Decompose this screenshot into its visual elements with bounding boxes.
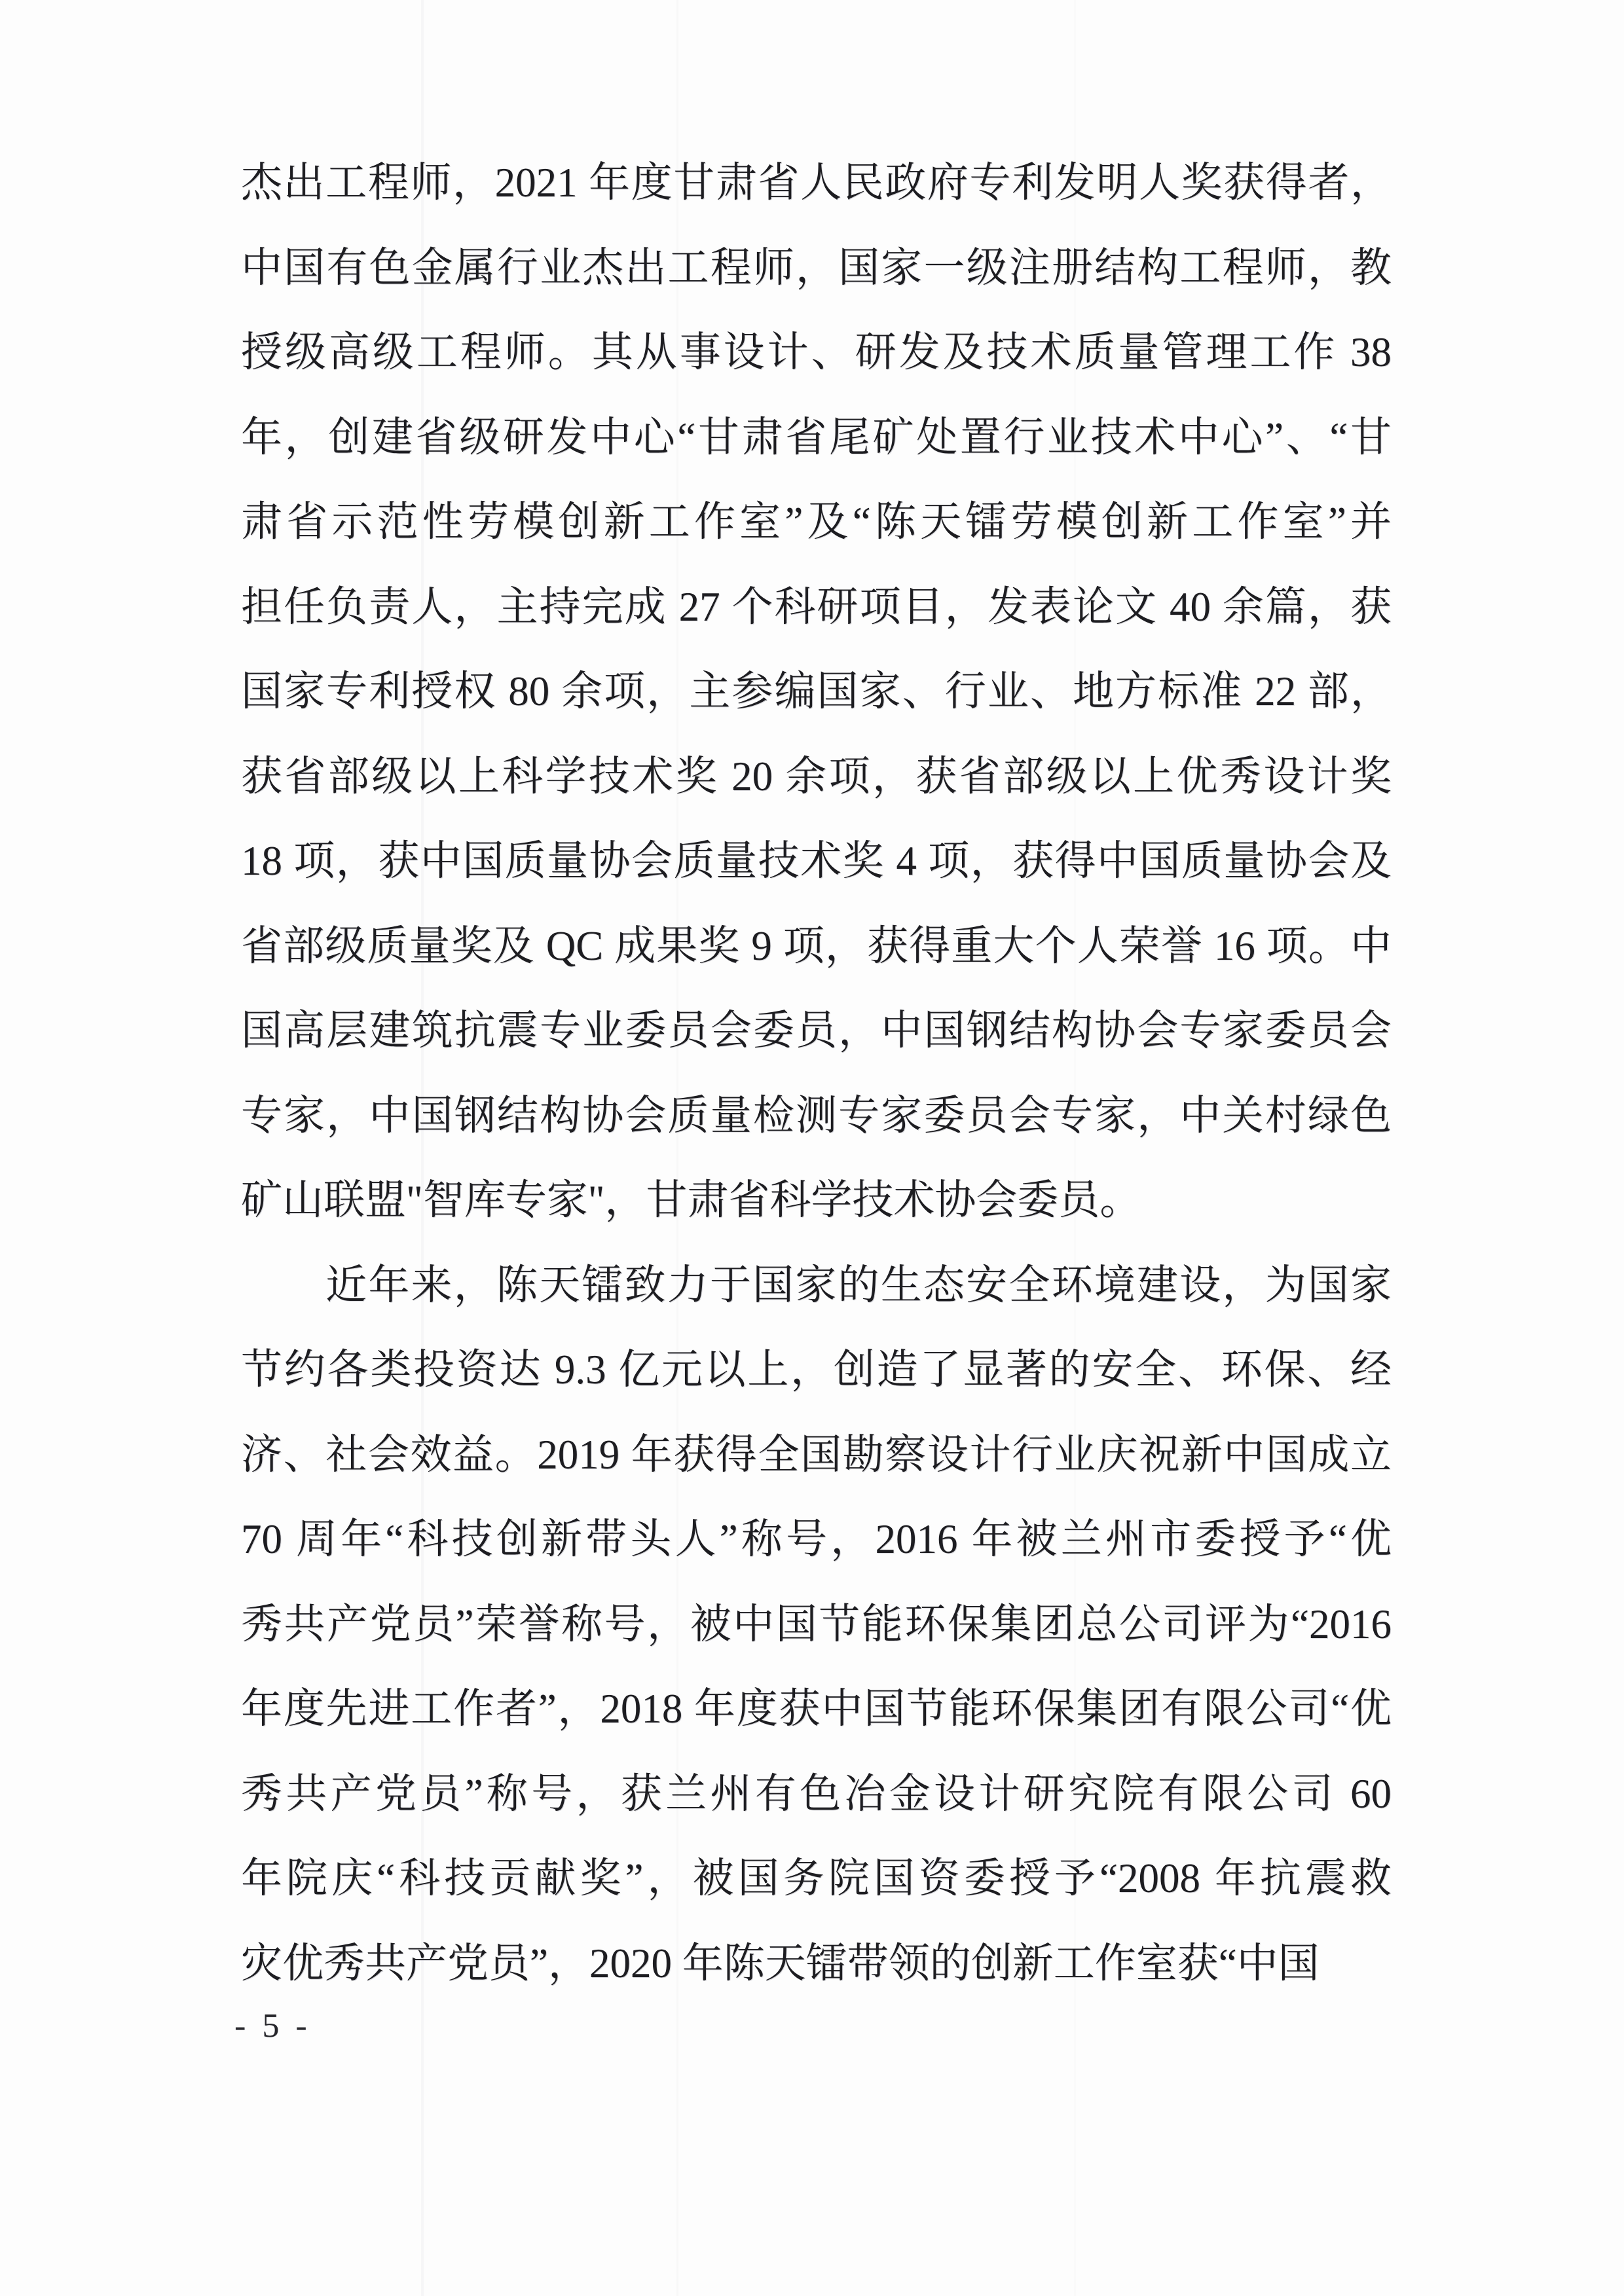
text-line-paragraph-end: 灾优秀共产党员”，2020 年陈天镭带领的创新工作室获“中国 [241, 1922, 1392, 2007]
text-line: 肃省示范性劳模创新工作室”及“陈天镭劳模创新工作室”并 [241, 480, 1392, 565]
text-line: 获省部级以上科学技术奖 20 余项，获省部级以上优秀设计奖 [241, 735, 1392, 820]
text-line-paragraph-start: 近年来，陈天镭致力于国家的生态安全环境建设，为国家 [241, 1243, 1392, 1328]
text-line: 中国有色金属行业杰出工程师，国家一级注册结构工程师，教 [241, 226, 1392, 311]
text-line: 18 项，获中国质量协会质量技术奖 4 项，获得中国质量协会及 [241, 819, 1392, 904]
scanned-document-page: 杰出工程师，2021 年度甘肃省人民政府专利发明人奖获得者， 中国有色金属行业杰… [0, 0, 1624, 2296]
text-line: 年度先进工作者”，2018 年度获中国节能环保集团有限公司“优 [241, 1667, 1392, 1752]
text-line: 杰出工程师，2021 年度甘肃省人民政府专利发明人奖获得者， [241, 141, 1392, 226]
text-line-paragraph-end: 矿山联盟"智库专家"，甘肃省科学技术协会委员。 [241, 1158, 1392, 1243]
text-line: 专家，中国钢结构协会质量检测专家委员会专家，中关村绿色 [241, 1074, 1392, 1159]
text-line: 70 周年“科技创新带头人”称号，2016 年被兰州市委授予“优 [241, 1497, 1392, 1582]
text-line: 济、社会效益。2019 年获得全国勘察设计行业庆祝新中国成立 [241, 1413, 1392, 1498]
text-line: 秀共产党员”荣誉称号，被中国节能环保集团总公司评为“2016 [241, 1582, 1392, 1667]
text-line: 国家专利授权 80 余项，主参编国家、行业、地方标准 22 部， [241, 649, 1392, 735]
text-line: 年院庆“科技贡献奖”，被国务院国资委授予“2008 年抗震救 [241, 1836, 1392, 1922]
page-number: - 5 - [234, 2003, 311, 2049]
text-line: 秀共产党员”称号，获兰州有色冶金设计研究院有限公司 60 [241, 1752, 1392, 1837]
text-line: 节约各类投资达 9.3 亿元以上，创造了显著的安全、环保、经 [241, 1328, 1392, 1413]
text-line: 授级高级工程师。其从事设计、研发及技术质量管理工作 38 [241, 310, 1392, 395]
text-line: 年，创建省级研发中心“甘肃省尾矿处置行业技术中心”、“甘 [241, 395, 1392, 481]
text-line: 担任负责人，主持完成 27 个科研项目，发表论文 40 余篇，获 [241, 565, 1392, 650]
text-line: 省部级质量奖及 QC 成果奖 9 项，获得重大个人荣誉 16 项。中 [241, 904, 1392, 989]
document-body: 杰出工程师，2021 年度甘肃省人民政府专利发明人奖获得者， 中国有色金属行业杰… [241, 141, 1392, 2006]
text-line: 国高层建筑抗震专业委员会委员，中国钢结构协会专家委员会 [241, 989, 1392, 1074]
